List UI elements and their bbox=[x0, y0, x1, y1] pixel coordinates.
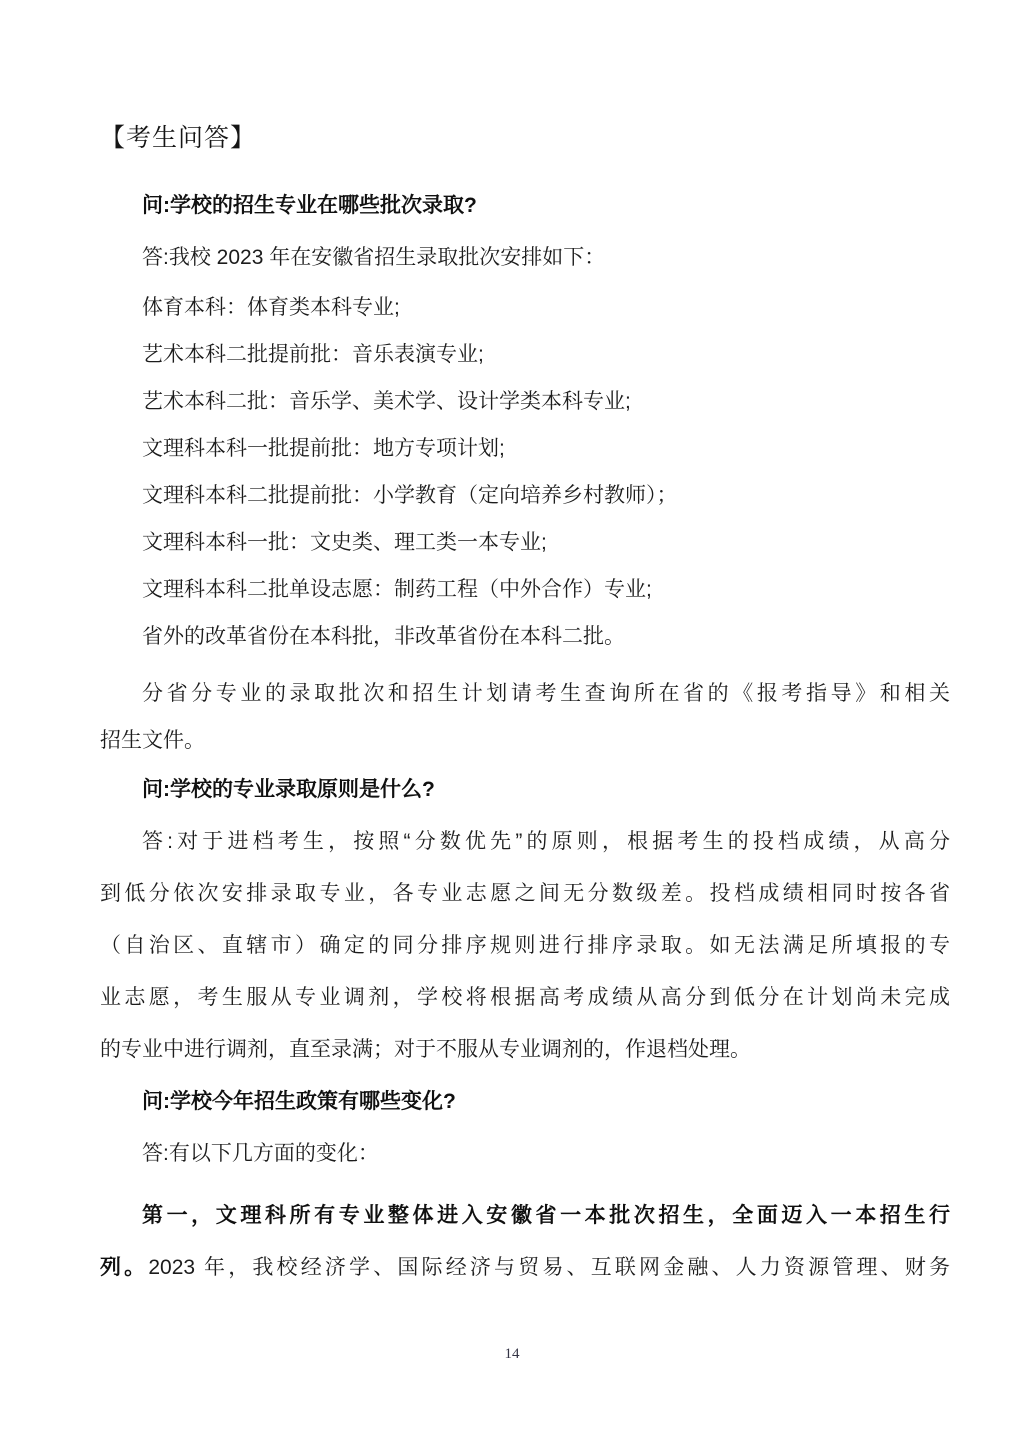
qa2-question: 问:学校的专业录取原则是什么? bbox=[100, 764, 950, 816]
point1-line-2-regular-run: 2023 年，我校经济学、国际经济与贸易、互联网金融、人力资源管理、财务 bbox=[148, 1256, 950, 1279]
batch-item: 体育本科：体育类本科专业; bbox=[100, 284, 950, 331]
qa1-note-line-2: 招生文件。 bbox=[100, 717, 950, 764]
qa2-answer-line: 到低分依次安排录取专业，各专业志愿之间无分数级差。投档成绩相同时按各省 bbox=[100, 868, 950, 920]
qa2-answer-paragraph: 答:对于进档考生，按照“分数优先”的原则，根据考生的投档成绩，从高分 到低分依次… bbox=[100, 816, 950, 1076]
point1-line-2-bold-run: 列。 bbox=[100, 1256, 148, 1279]
batch-item: 艺术本科二批：音乐学、美术学、设计学类本科专业; bbox=[100, 378, 950, 425]
batch-item: 文理科本科二批单设志愿：制药工程（中外合作）专业; bbox=[100, 566, 950, 613]
batch-item: 文理科本科二批提前批：小学教育（定向培养乡村教师）； bbox=[100, 472, 950, 519]
qa1-batch-list: 体育本科：体育类本科专业; 艺术本科二批提前批：音乐表演专业; 艺术本科二批：音… bbox=[100, 284, 950, 660]
qa2-answer-line: 的专业中进行调剂，直至录满；对于不服从专业调剂的，作退档处理。 bbox=[100, 1024, 950, 1076]
qa1-note-paragraph: 分省分专业的录取批次和招生计划请考生查询所在省的《报考指导》和相关 招生文件。 bbox=[100, 670, 950, 764]
qa1-question: 问:学校的招生专业在哪些批次录取? bbox=[100, 180, 950, 232]
page-content: 【考生问答】 问:学校的招生专业在哪些批次录取? 答:我校 2023 年在安徽省… bbox=[0, 0, 1024, 1294]
batch-item: 文理科本科一批提前批：地方专项计划; bbox=[100, 425, 950, 472]
document-page: 【考生问答】 问:学校的招生专业在哪些批次录取? 答:我校 2023 年在安徽省… bbox=[0, 0, 1024, 1448]
qa1-note-line-1: 分省分专业的录取批次和招生计划请考生查询所在省的《报考指导》和相关 bbox=[100, 670, 950, 717]
qa3-answer-intro: 答:有以下几方面的变化： bbox=[100, 1128, 950, 1180]
point1-line-2: 列。2023 年，我校经济学、国际经济与贸易、互联网金融、人力资源管理、财务 bbox=[100, 1242, 950, 1294]
batch-item: 文理科本科一批：文史类、理工类一本专业; bbox=[100, 519, 950, 566]
qa1-answer-intro: 答:我校 2023 年在安徽省招生录取批次安排如下： bbox=[100, 232, 950, 284]
qa2-answer-line: 业志愿，考生服从专业调剂，学校将根据高考成绩从高分到低分在计划尚未完成 bbox=[100, 972, 950, 1024]
batch-item: 省外的改革省份在本科批，非改革省份在本科二批。 bbox=[100, 613, 950, 660]
qa3-point1-paragraph: 第一，文理科所有专业整体进入安徽省一本批次招生，全面迈入一本招生行 列。2023… bbox=[100, 1190, 950, 1294]
section-header: 【考生问答】 bbox=[100, 120, 950, 156]
point1-line-1: 第一，文理科所有专业整体进入安徽省一本批次招生，全面迈入一本招生行 bbox=[100, 1190, 950, 1242]
qa3-question: 问:学校今年招生政策有哪些变化? bbox=[100, 1076, 950, 1128]
batch-item: 艺术本科二批提前批：音乐表演专业; bbox=[100, 331, 950, 378]
qa2-answer-line: （自治区、直辖市）确定的同分排序规则进行排序录取。如无法满足所填报的专 bbox=[100, 920, 950, 972]
page-number: 14 bbox=[0, 1344, 1024, 1364]
qa2-answer-line: 答:对于进档考生，按照“分数优先”的原则，根据考生的投档成绩，从高分 bbox=[100, 816, 950, 868]
